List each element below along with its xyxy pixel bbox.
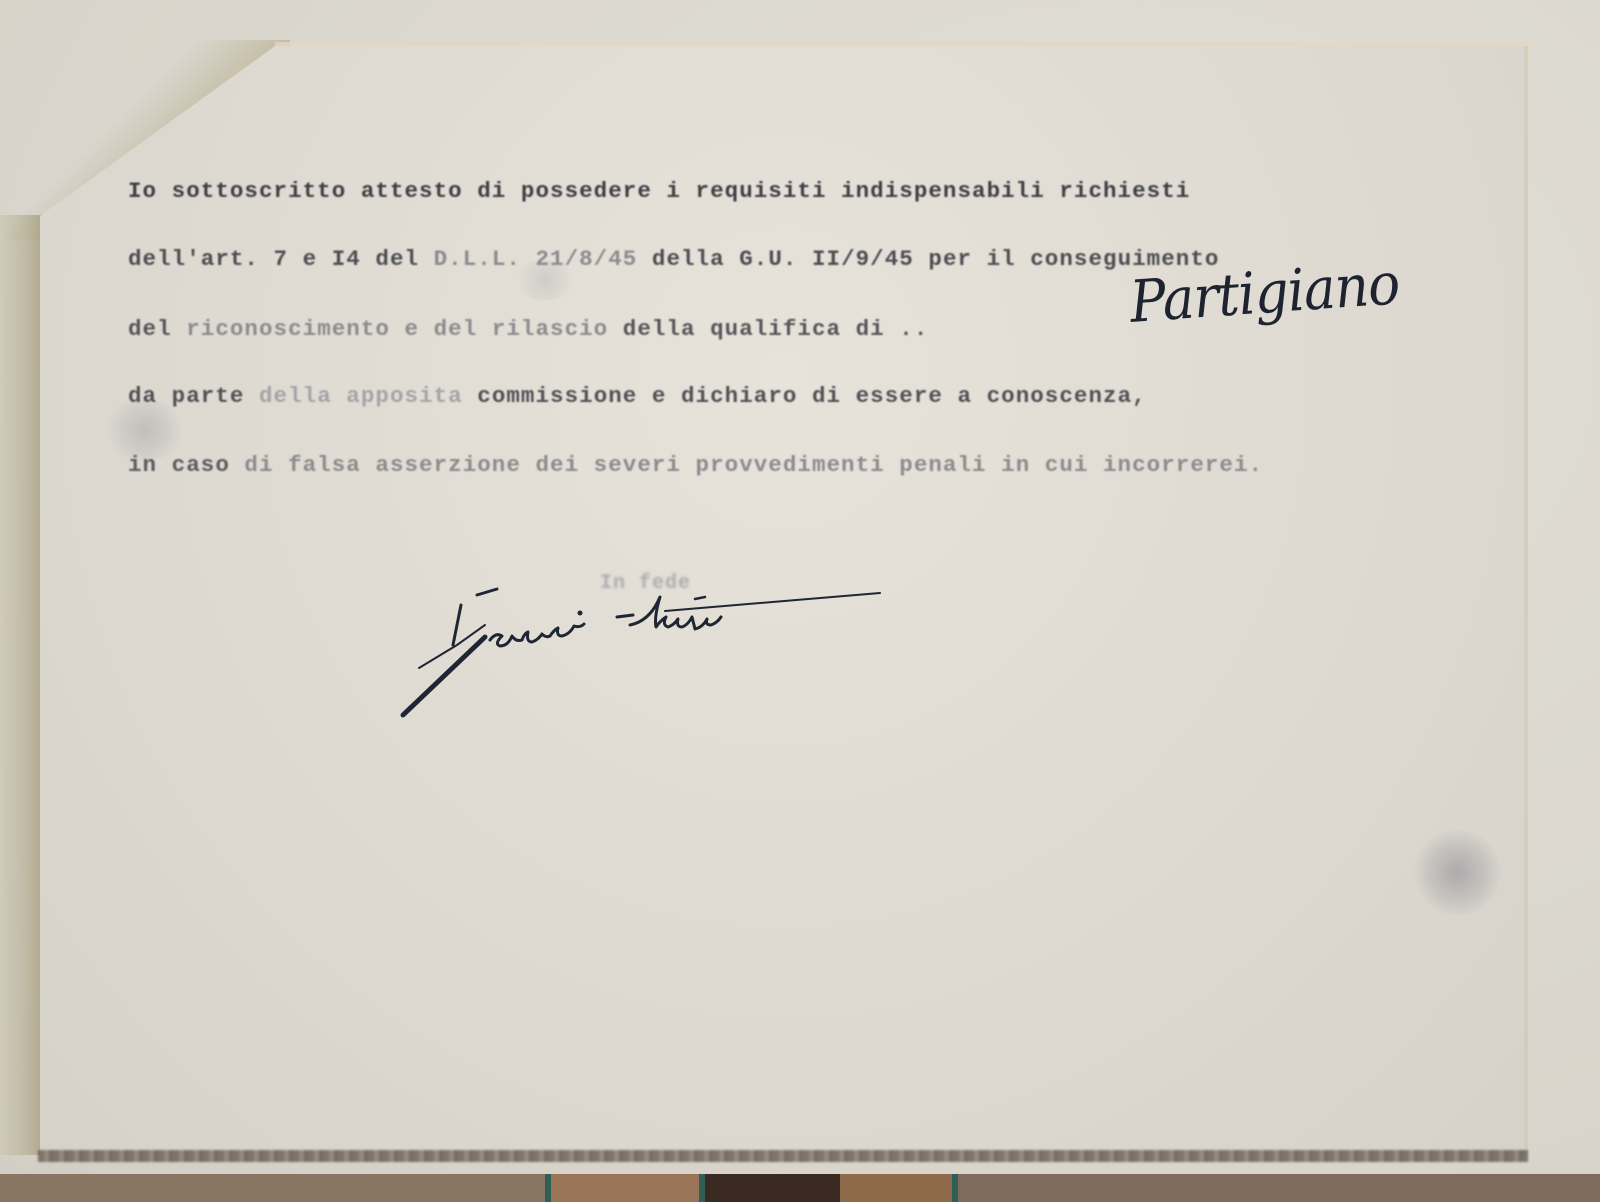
shelf-segment bbox=[551, 1174, 699, 1202]
typed-line-4-part-c: commissione e dichiaro di essere a conos… bbox=[463, 383, 1147, 409]
shelf-segment bbox=[705, 1174, 840, 1202]
shelf-segment bbox=[0, 1174, 545, 1202]
typed-line-5: in caso di falsa asserzione dei severi p… bbox=[128, 452, 1263, 478]
typed-line-2: dell'art. 7 e I4 del D.L.L. 21/8/45 dell… bbox=[128, 246, 1219, 272]
paper-right-edge bbox=[1524, 46, 1528, 1156]
typed-line-3: del riconoscimento e del rilascio della … bbox=[128, 316, 928, 342]
typed-line-4-part-a: da parte bbox=[128, 383, 259, 409]
wooden-shelf bbox=[0, 1174, 1600, 1202]
shelf-segment bbox=[840, 1174, 952, 1202]
typed-line-4-faint: della apposita bbox=[259, 383, 463, 409]
paper-torn-bottom-edge bbox=[38, 1150, 1528, 1162]
left-edge-shadow bbox=[0, 215, 42, 1155]
shelf-segment bbox=[958, 1174, 1600, 1202]
typed-line-2-part-a: dell'art. 7 e I4 del bbox=[128, 246, 434, 272]
typed-line-3-faint: riconoscimento e del rilascio bbox=[186, 316, 608, 342]
ink-smudge bbox=[100, 400, 190, 460]
ink-smudge bbox=[1410, 830, 1505, 915]
typed-line-5-faint: di falsa asserzione dei severi provvedim… bbox=[244, 452, 1263, 478]
typed-line-2-decree-ref: D.L.L. 21/8/45 bbox=[434, 246, 638, 272]
typed-line-3-part-a: del bbox=[128, 316, 186, 342]
typed-line-1: Io sottoscritto attesto di possedere i r… bbox=[128, 178, 1190, 204]
typed-line-5-part-a: in caso bbox=[128, 452, 244, 478]
typed-line-3-part-c: della qualifica di .. bbox=[608, 316, 928, 342]
typed-line-4: da parte della apposita commissione e di… bbox=[128, 383, 1147, 409]
signature bbox=[395, 585, 885, 725]
